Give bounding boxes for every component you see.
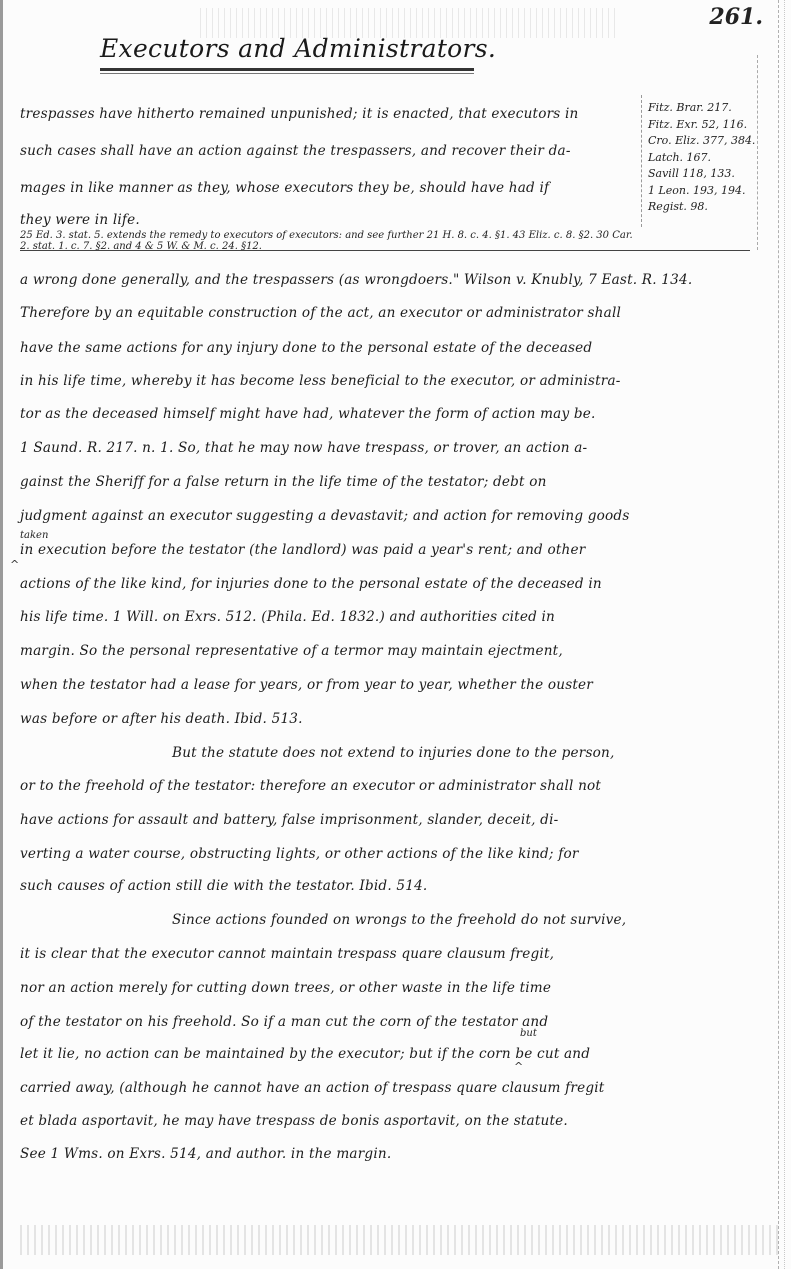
page-right-rule-secondary (784, 0, 786, 1269)
title-underline (100, 68, 474, 71)
text-line: Therefore by an equitable construction o… (20, 305, 621, 321)
insertion-caret-icon: ^ (514, 1060, 523, 1073)
text-line: verting a water course, obstructing ligh… (20, 846, 579, 862)
interlinear-insert-taken: taken (20, 530, 48, 541)
text-line: mages in like manner as they, whose exec… (20, 180, 549, 196)
text-line: his life time. 1 Will. on Exrs. 512. (Ph… (20, 609, 555, 625)
text-line: of the testator on his freehold. So if a… (20, 1014, 548, 1030)
text-line: it is clear that the executor cannot mai… (20, 946, 554, 962)
text-line: actions of the like kind, for injuries d… (20, 576, 602, 592)
margin-citation: Savill 118, 133. (648, 166, 760, 183)
text-line: et blada asportavit, he may have trespas… (20, 1113, 568, 1129)
page-title: Executors and Administrators. (100, 34, 496, 63)
text-line: such causes of action still die with the… (20, 878, 427, 894)
margin-citation: Fitz. Exr. 52, 116. (648, 117, 760, 134)
page-number: 261. (709, 4, 763, 30)
margin-citation: Cro. Eliz. 377, 384. (648, 133, 760, 150)
margin-citations: Fitz. Brar. 217. Fitz. Exr. 52, 116. Cro… (648, 100, 760, 216)
text-line: margin. So the personal representative o… (20, 643, 563, 659)
footnote-rule (20, 250, 750, 251)
margin-column-divider (641, 95, 643, 227)
margin-citation: Fitz. Brar. 217. (648, 100, 760, 117)
text-line: have the same actions for any injury don… (20, 340, 592, 356)
text-line: when the testator had a lease for years,… (20, 677, 593, 693)
text-line: judgment against an executor suggesting … (20, 508, 630, 524)
text-line: But the statute does not extend to injur… (172, 745, 615, 761)
text-line: Since actions founded on wrongs to the f… (172, 912, 626, 928)
text-line: or to the freehold of the testator: ther… (20, 778, 601, 794)
text-line: See 1 Wms. on Exrs. 514, and author. in … (20, 1146, 391, 1162)
margin-citation: Latch. 167. (648, 150, 760, 167)
text-line: have actions for assault and battery, fa… (20, 812, 558, 828)
text-line: a wrong done generally, and the trespass… (20, 272, 692, 288)
text-line: carried away, (although he cannot have a… (20, 1080, 604, 1096)
text-line: was before or after his death. Ibid. 513… (20, 711, 303, 727)
footnote-line: 25 Ed. 3. stat. 5. extends the remedy to… (20, 230, 633, 241)
text-line: such cases shall have an action against … (20, 143, 571, 159)
text-line: let it lie, no action can be maintained … (20, 1046, 590, 1062)
text-line: 1 Saund. R. 217. n. 1. So, that he may n… (20, 440, 587, 456)
margin-citation: Regist. 98. (648, 199, 760, 216)
page-right-rule (778, 0, 780, 1269)
margin-citation: 1 Leon. 193, 194. (648, 183, 760, 200)
text-line: in execution before the testator (the la… (20, 542, 585, 558)
page-left-edge (0, 0, 3, 1269)
text-line: trespasses have hitherto remained unpuni… (20, 106, 579, 122)
title-underline-secondary (100, 73, 474, 74)
interlinear-insert-but: but (520, 1028, 537, 1039)
text-line: gainst the Sheriff for a false return in… (20, 474, 547, 490)
text-line: nor an action merely for cutting down tr… (20, 980, 551, 996)
manuscript-page: 261. Executors and Administrators. Fitz.… (0, 0, 791, 1269)
insertion-caret-icon: ^ (10, 558, 19, 571)
text-line: they were in life. (20, 212, 140, 228)
text-line: tor as the deceased himself might have h… (20, 406, 596, 422)
text-line: in his life time, whereby it has become … (20, 373, 621, 389)
scan-noise-bottom (20, 1225, 780, 1255)
